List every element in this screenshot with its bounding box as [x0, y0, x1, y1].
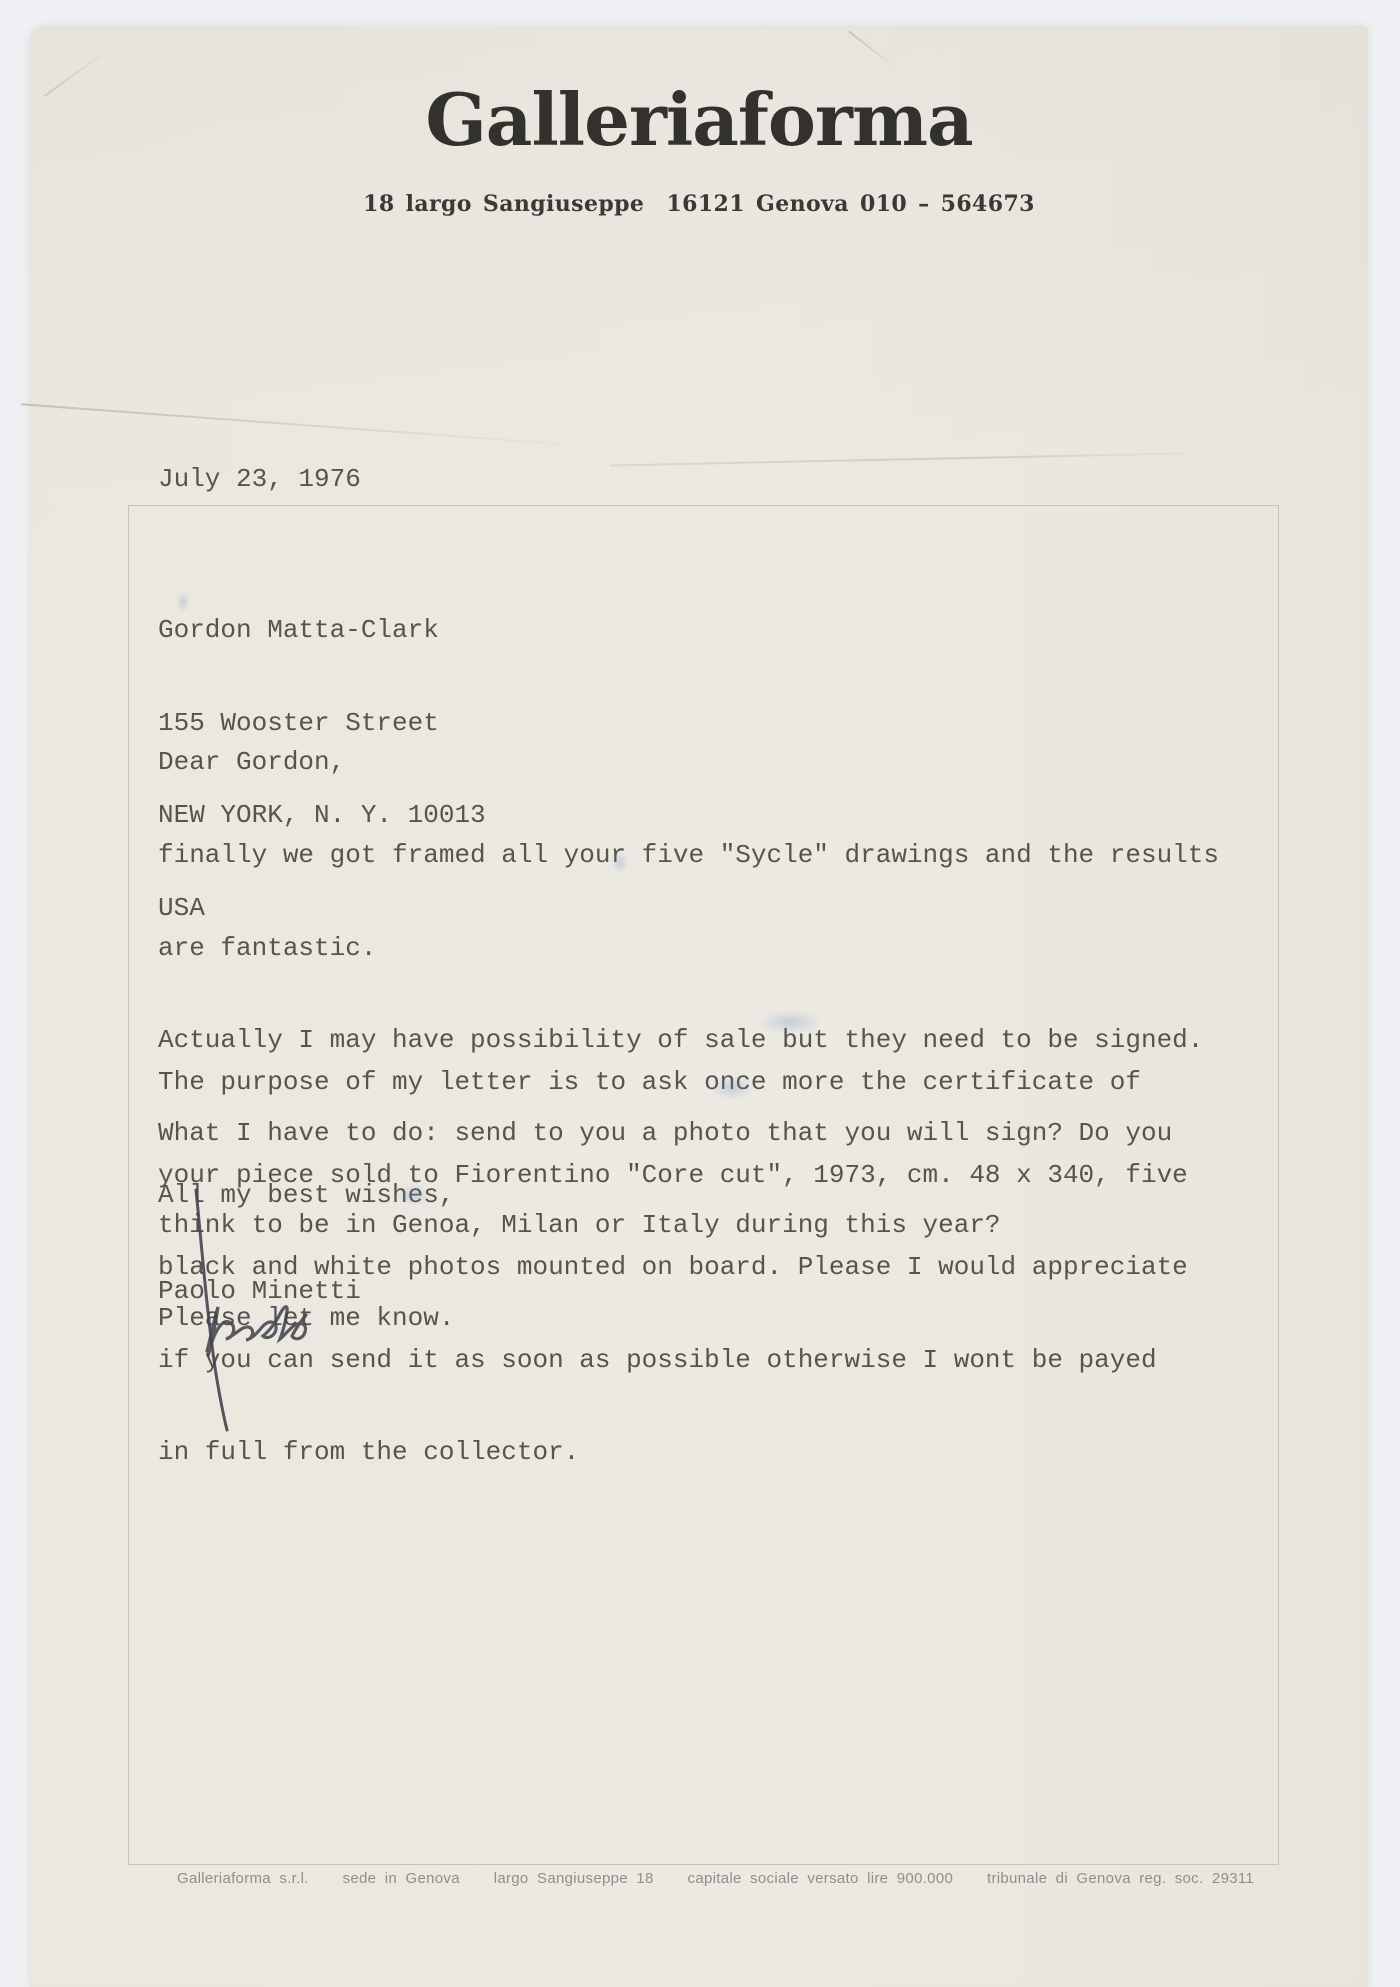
- letterhead-address: 18 largo Sangiuseppe 16121 Genova 010 – …: [30, 191, 1368, 217]
- letter-date: July 23, 1976: [158, 463, 361, 496]
- paper-crease: [848, 31, 900, 72]
- footer-imprint: Galleriaforma s.r.l. sede in Genova larg…: [177, 1870, 1254, 1887]
- paper-crease: [21, 403, 639, 450]
- recipient-street: 155 Wooster Street: [158, 707, 486, 740]
- handwritten-signature: [180, 1176, 380, 1476]
- letter-line: The purpose of my letter is to ask once …: [158, 1066, 1188, 1099]
- scanned-letter-page: Galleriaforma 18 largo Sangiuseppe 16121…: [0, 0, 1400, 1987]
- letterhead-title: Galleriaforma: [30, 84, 1368, 156]
- letter-line: finally we got framed all your five "Syc…: [158, 839, 1219, 872]
- recipient-name: Gordon Matta-Clark: [158, 614, 486, 647]
- letter-paper: Galleriaforma 18 largo Sangiuseppe 16121…: [30, 26, 1368, 1987]
- letter-line: are fantastic.: [158, 932, 1219, 965]
- greeting: Dear Gordon,: [158, 746, 345, 779]
- paper-crease: [610, 452, 1230, 467]
